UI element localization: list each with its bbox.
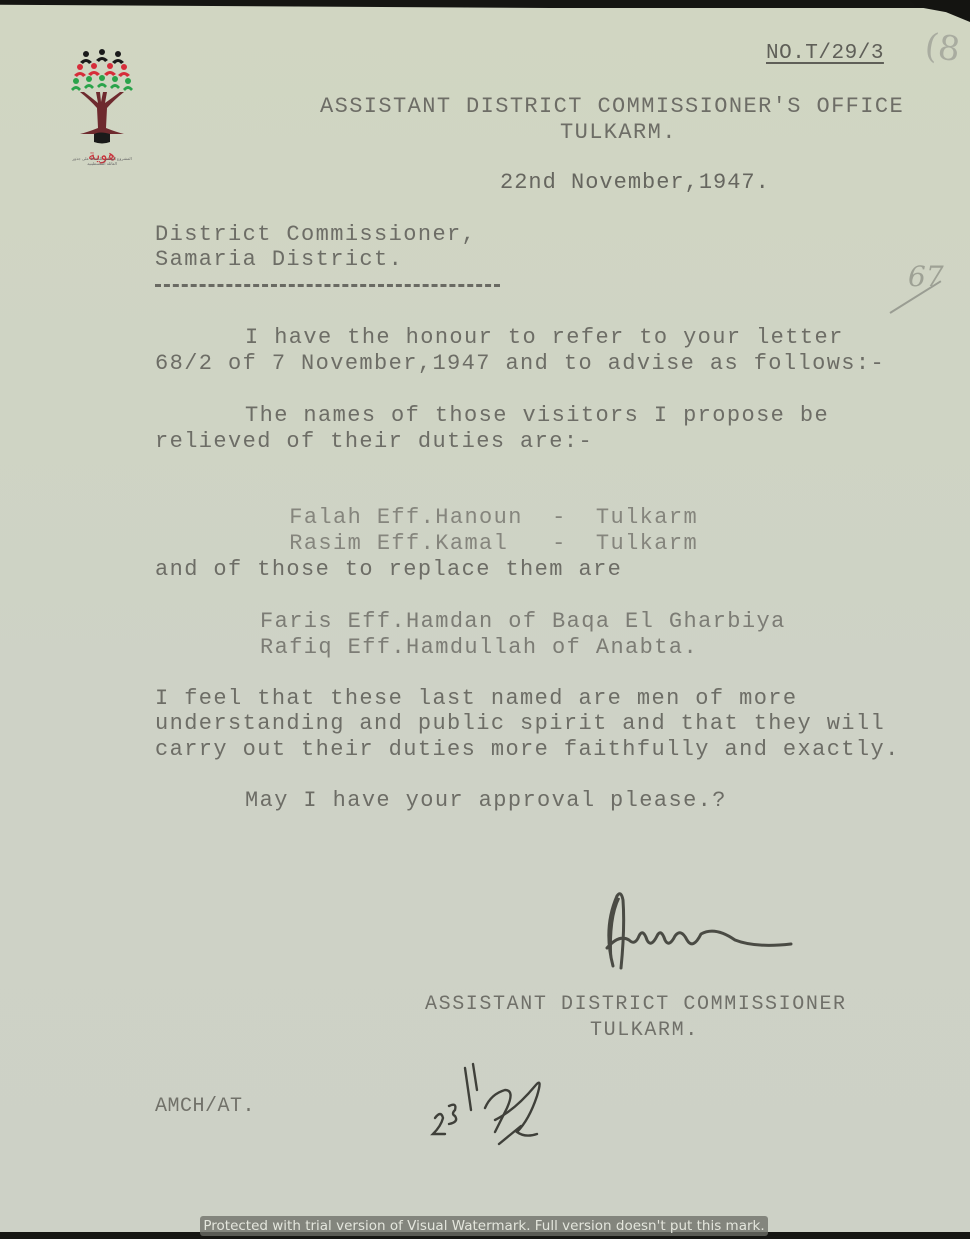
paragraph-4-line-3: carry out their duties more faithfully a… [155,737,900,762]
reference-number: NO.T/29/3 [766,42,884,65]
visitor-place: Tulkarm [596,531,698,556]
handwritten-date-note [425,1060,565,1170]
office-location: TULKARM. [560,120,677,145]
paragraph-5: May I have your approval please.? [245,788,727,813]
office-header: ASSISTANT DISTRICT COMMISSIONER'S OFFICE [320,94,904,119]
handwritten-signature [595,888,805,978]
hawiya-logo-icon: هوية [70,48,134,168]
relieved-visitor-row: Rasim Eff.Kamal - Tulkarm [260,506,698,556]
paragraph-1-line-2: 68/2 of 7 November,1947 and to advise as… [155,351,885,376]
separator: - [523,531,596,556]
logo-caption: المشروع الوطني للحفاظ على جذور العائلة ا… [72,156,132,166]
reference-initials: AMCH/AT. [155,1095,255,1118]
addressee-underline [155,284,500,287]
replacement-visitor: Rafiq Eff.Hamdullah of Anabta. [260,635,698,660]
addressee-line-1: District Commissioner, [155,222,476,247]
visitor-name: Rasim Eff.Kamal [289,531,523,556]
paragraph-2-line-2: relieved of their duties are:- [155,429,593,454]
paragraph-3: and of those to replace them are [155,557,622,582]
paragraph-4-line-2: understanding and public spirit and that… [155,711,885,736]
signatory-title: ASSISTANT DISTRICT COMMISSIONER [425,993,847,1016]
paragraph-4-line-1: I feel that these last named are men of … [155,686,798,711]
paragraph-2-line-1: The names of those visitors I propose be [245,403,829,428]
replacement-visitor: Faris Eff.Hamdan of Baqa El Gharbiya [260,609,786,634]
watermark-banner: Protected with trial version of Visual W… [200,1216,768,1236]
letter-date: 22nd November,1947. [500,170,770,195]
addressee-line-2: Samaria District. [155,247,403,272]
margin-mark-top: (8 [922,26,962,70]
signatory-location: TULKARM. [590,1019,699,1042]
paragraph-1-line-1: I have the honour to refer to your lette… [245,325,844,350]
